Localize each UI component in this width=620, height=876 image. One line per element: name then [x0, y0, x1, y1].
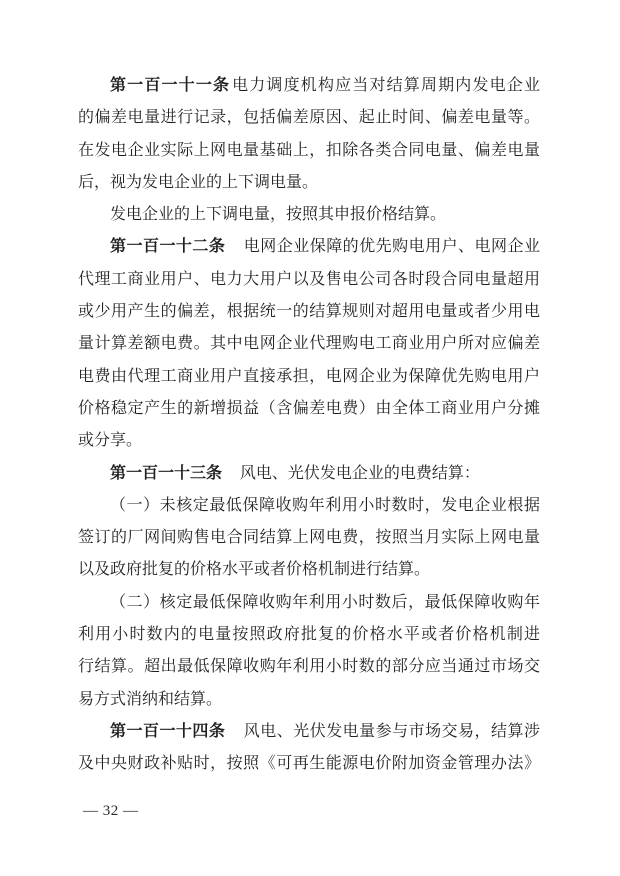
- text-line: 第一百一十二条 电网企业保障的优先购电用户、电网企业: [78, 231, 540, 263]
- text-line: （二）核定最低保障收购年利用小时数后，最低保障收购年: [78, 587, 540, 619]
- text-line: 利用小时数内的电量按照政府批复的价格水平或者价格机制进: [78, 619, 540, 651]
- line-text: 后，视为发电企业的上下调电量。: [78, 174, 318, 191]
- text-line: （一）未核定最低保障收购年利用小时数时，发电企业根据: [78, 490, 540, 522]
- article-number: 第一百一十三条: [110, 465, 238, 482]
- text-line: 电费由代理工商业用户直接承担，电网企业为保障优先购电用户: [78, 361, 540, 393]
- article-number: 第一百一十四条: [110, 723, 242, 740]
- text-line: 价格稳定产生的新增损益（含偏差电费）由全体工商业用户分摊: [78, 393, 540, 425]
- article-number: 第一百一十一条: [110, 77, 230, 94]
- text-line: 量计算差额电费。其中电网企业代理购电工商业用户所对应偏差: [78, 328, 540, 360]
- line-text: （一）未核定最低保障收购年利用小时数时，发电企业根据: [110, 497, 540, 514]
- line-text: 行结算。超出最低保障收购年利用小时数的部分应当通过市场交: [78, 658, 540, 675]
- text-line: 的偏差电量进行记录，包括偏差原因、起止时间、偏差电量等。: [78, 102, 540, 134]
- line-text: 风电、光伏发电企业的电费结算：: [240, 465, 480, 482]
- text-line: 第一百一十四条 风电、光伏发电量参与市场交易，结算涉: [78, 716, 540, 748]
- text-line: 第一百一十一条电力调度机构应当对结算周期内发电企业: [78, 70, 540, 102]
- document-page: 第一百一十一条电力调度机构应当对结算周期内发电企业的偏差电量进行记录，包括偏差原…: [0, 0, 620, 876]
- line-text: 电力调度机构应当对结算周期内发电企业: [232, 77, 540, 94]
- text-line: 以及政府批复的价格水平或者价格机制进行结算。: [78, 554, 540, 586]
- text-line: 签订的厂网间购售电合同结算上网电费，按照当月实际上网电量: [78, 522, 540, 554]
- line-text: 或少用产生的偏差，根据统一的结算规则对超用电量或者少用电: [78, 303, 540, 320]
- line-text: 电费由代理工商业用户直接承担，电网企业为保障优先购电用户: [78, 368, 540, 385]
- line-text: 代理工商业用户、电力大用户以及售电公司各时段合同电量超用: [78, 271, 540, 288]
- line-text: 或分享。: [78, 432, 142, 449]
- text-line: 易方式消纳和结算。: [78, 684, 540, 716]
- line-text: 易方式消纳和结算。: [78, 691, 222, 708]
- text-line: 代理工商业用户、电力大用户以及售电公司各时段合同电量超用: [78, 264, 540, 296]
- text-line: 及中央财政补贴时，按照《可再生能源电价附加资金管理办法》: [78, 748, 540, 780]
- line-text: 风电、光伏发电量参与市场交易，结算涉: [244, 723, 540, 740]
- text-line: 或分享。: [78, 425, 540, 457]
- line-text: 电网企业保障的优先购电用户、电网企业: [244, 238, 540, 255]
- line-text: （二）核定最低保障收购年利用小时数后，最低保障收购年: [110, 594, 540, 611]
- line-text: 在发电企业实际上网电量基础上，扣除各类合同电量、偏差电量: [78, 142, 540, 159]
- line-text: 发电企业的上下调电量，按照其申报价格结算。: [110, 206, 446, 223]
- page-number: — 32 —: [83, 803, 139, 820]
- text-line: 或少用产生的偏差，根据统一的结算规则对超用电量或者少用电: [78, 296, 540, 328]
- text-block: 第一百一十一条电力调度机构应当对结算周期内发电企业的偏差电量进行记录，包括偏差原…: [78, 70, 540, 781]
- text-line: 在发电企业实际上网电量基础上，扣除各类合同电量、偏差电量: [78, 135, 540, 167]
- line-text: 签订的厂网间购售电合同结算上网电费，按照当月实际上网电量: [78, 529, 540, 546]
- line-text: 以及政府批复的价格水平或者价格机制进行结算。: [78, 561, 430, 578]
- line-text: 量计算差额电费。其中电网企业代理购电工商业用户所对应偏差: [78, 335, 540, 352]
- line-text: 利用小时数内的电量按照政府批复的价格水平或者价格机制进: [78, 626, 540, 643]
- article-number: 第一百一十二条: [110, 238, 242, 255]
- text-line: 后，视为发电企业的上下调电量。: [78, 167, 540, 199]
- text-line: 第一百一十三条 风电、光伏发电企业的电费结算：: [78, 458, 540, 490]
- line-text: 及中央财政补贴时，按照《可再生能源电价附加资金管理办法》: [78, 755, 540, 772]
- line-text: 的偏差电量进行记录，包括偏差原因、起止时间、偏差电量等。: [78, 109, 540, 126]
- text-line: 发电企业的上下调电量，按照其申报价格结算。: [78, 199, 540, 231]
- text-line: 行结算。超出最低保障收购年利用小时数的部分应当通过市场交: [78, 651, 540, 683]
- line-text: 价格稳定产生的新增损益（含偏差电费）由全体工商业用户分摊: [78, 400, 540, 417]
